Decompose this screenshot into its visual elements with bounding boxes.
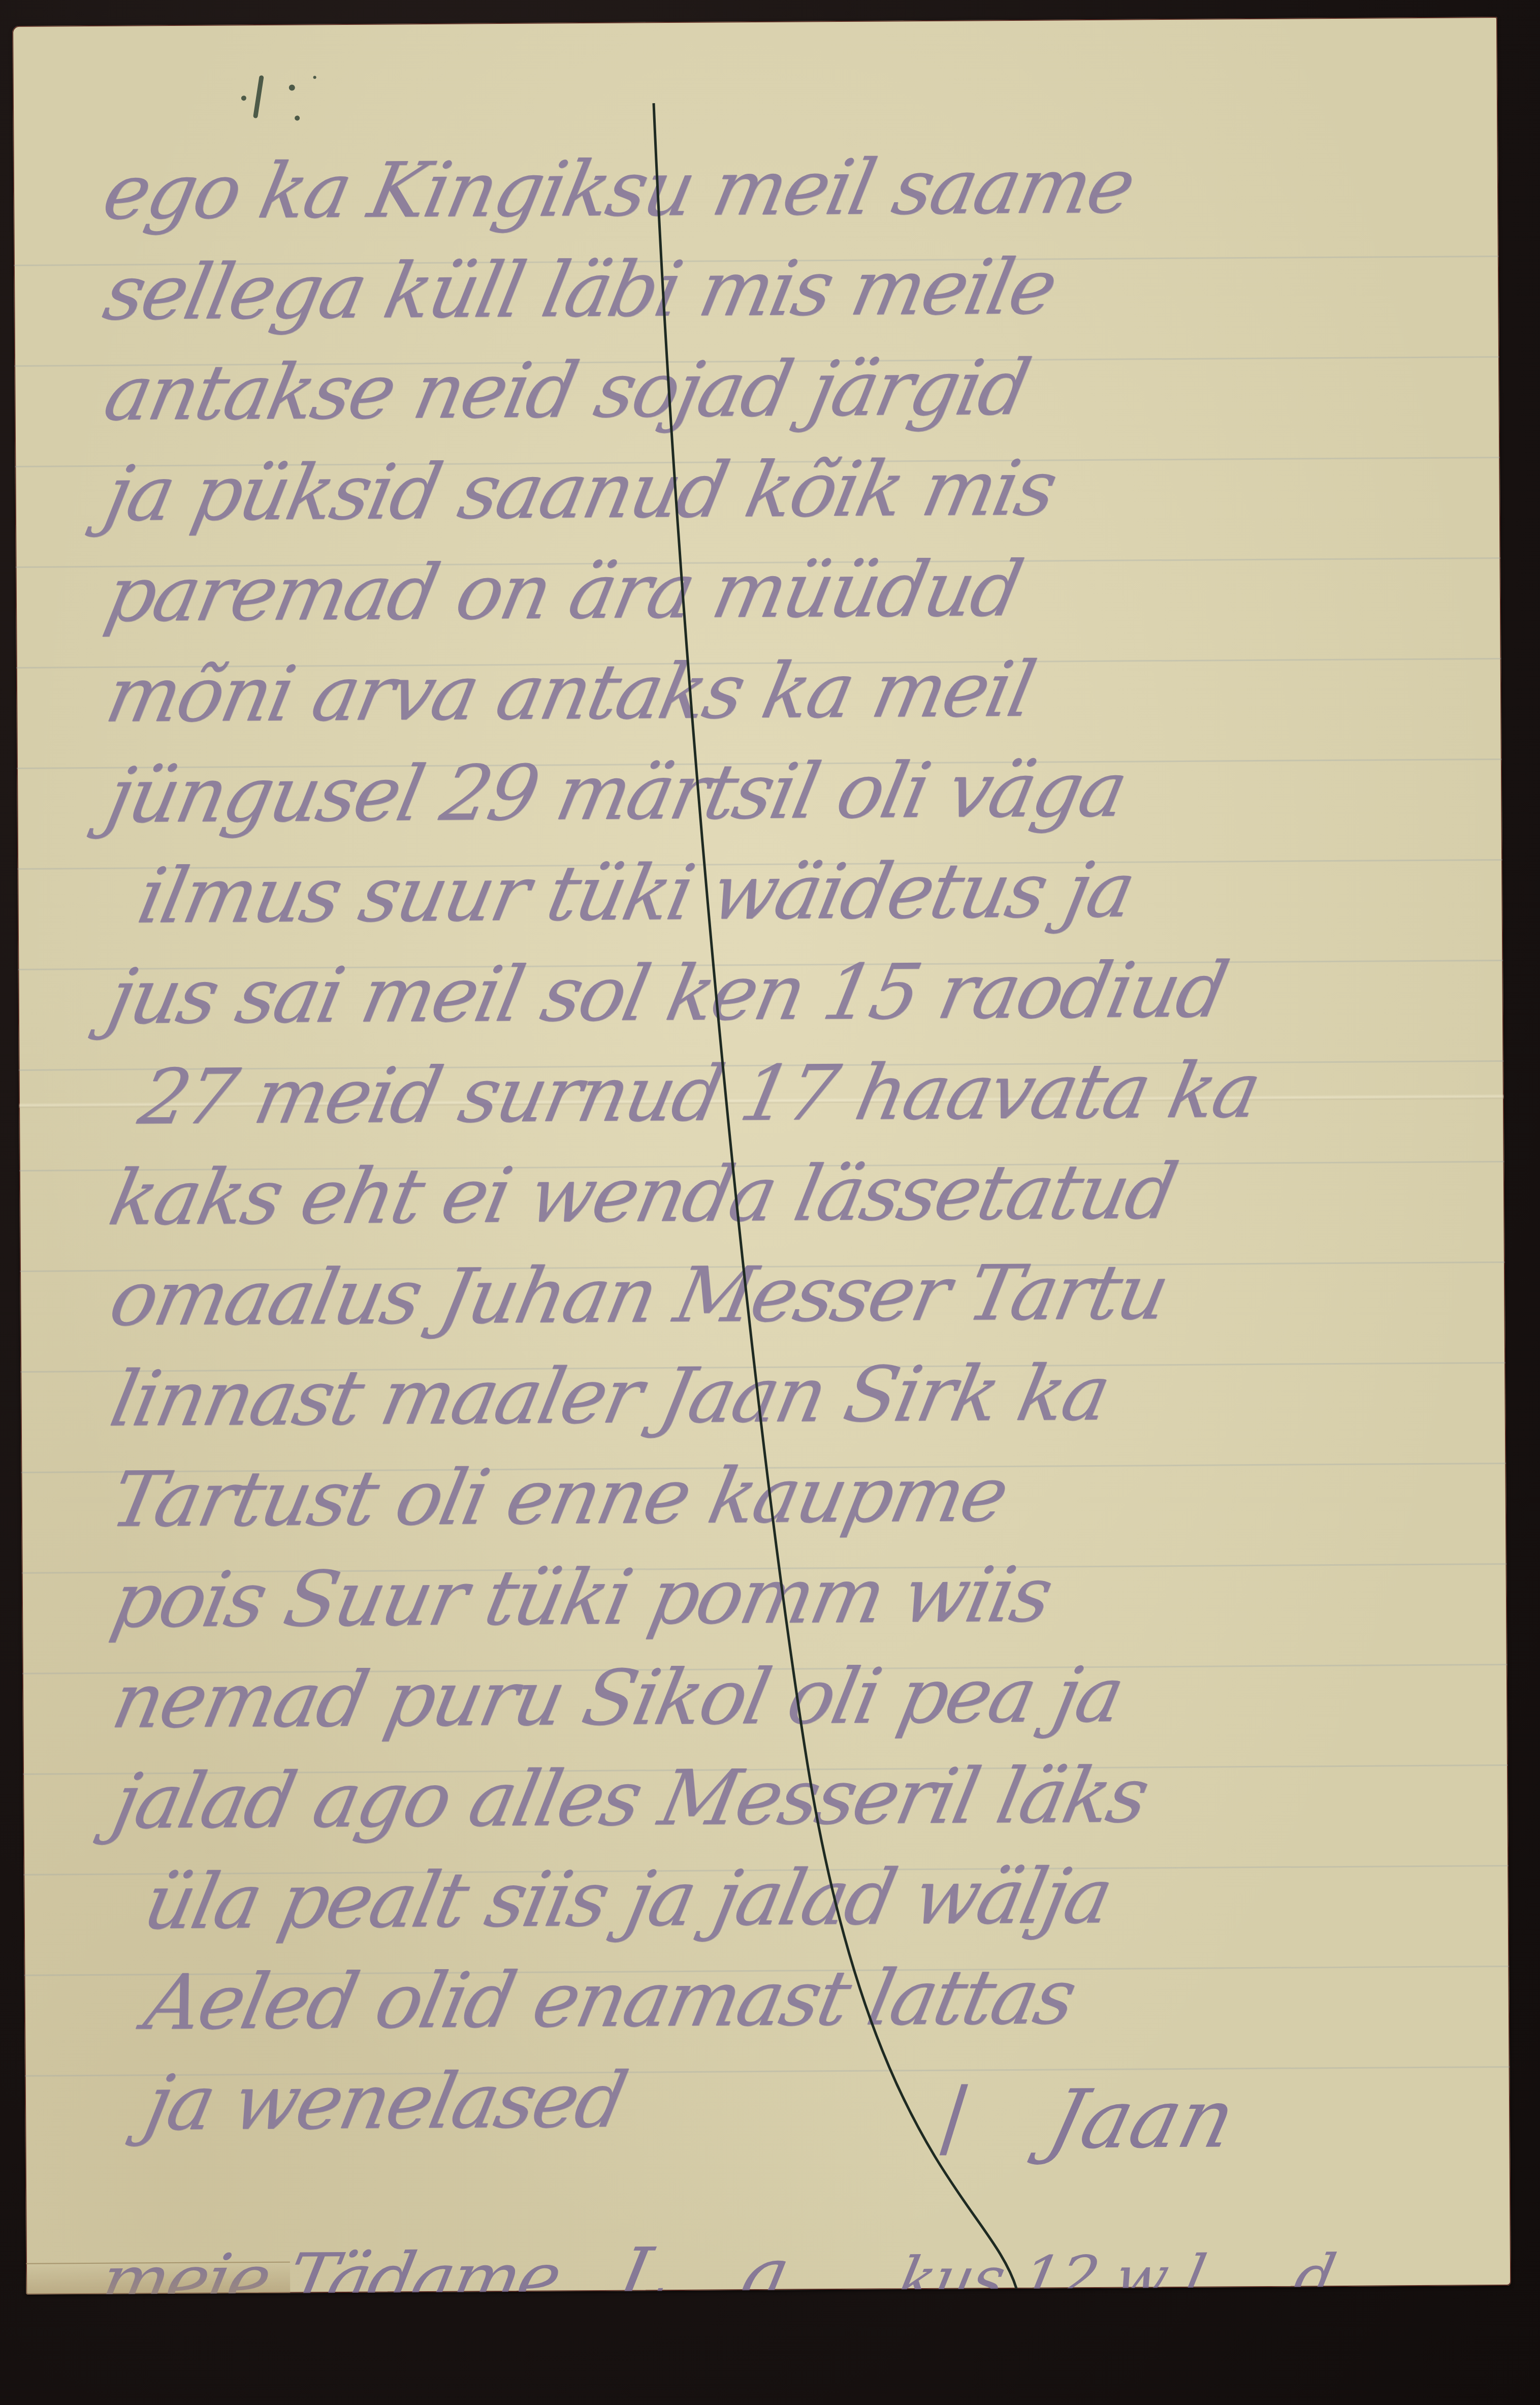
letter-line: sellega küll läbi mis meile [95,235,1462,343]
letter-line: kaks eht ei wenda lässetatud [101,1140,1468,1248]
letter-line: Tartust oli enne kaupme [103,1441,1469,1550]
letter-line: jalad ago alles Messeril läks [105,1743,1471,1852]
letter-line: antakse neid sojad järgid [96,335,1463,444]
footer-initial: L...a [611,2231,797,2295]
letter-line: 27 meid surnud 17 haavata ka [101,1039,1467,1148]
footer-right-text: kus 12 w l.....d [891,2242,1340,2295]
letter-line: pois Suur tüki pomm wiis [104,1542,1470,1651]
signature: Jaan [1039,2071,1244,2167]
footer-address: meie Tädame L...a kus 12 w l.....d [93,2227,1508,2295]
closing-mark: / [939,2068,969,2168]
worn-edge [26,2262,290,2295]
letter-page: ego ka Kingiksu meil saame sellega küll … [12,17,1511,2295]
letter-line: mõni arva antaks ka meil [98,637,1465,745]
letter-line: omaalus Juhan Messer Tartu [102,1240,1468,1349]
letter-line: paremad on ära müüdud [97,536,1464,645]
ink-speck-icon [226,67,354,129]
letter-line: ego ka Kingiksu meil saame [95,134,1462,243]
letter-line: ja püksid saanud kõik mis [97,435,1463,544]
letter-line: üla pealt siis ja jalad wälja [105,1844,1472,1952]
letter-line: Aeled olid enamast lattas [106,1944,1472,2053]
letter-line: jüngusel 29 märtsil oli väga [99,737,1465,846]
letter-line: ilmus suur tüki wäidetus ja [99,838,1466,946]
letter-line: jus sai meil sol ken 15 raodiud [100,938,1466,1047]
letter-body: ego ka Kingiksu meil saame sellega küll … [94,134,1452,2154]
letter-line: linnast maaler Jaan Sirk ka [102,1341,1469,1449]
letter-line: nemad puru Sikol oli pea ja [104,1642,1471,1751]
letter-line: ja wenelased [107,2045,1473,2154]
